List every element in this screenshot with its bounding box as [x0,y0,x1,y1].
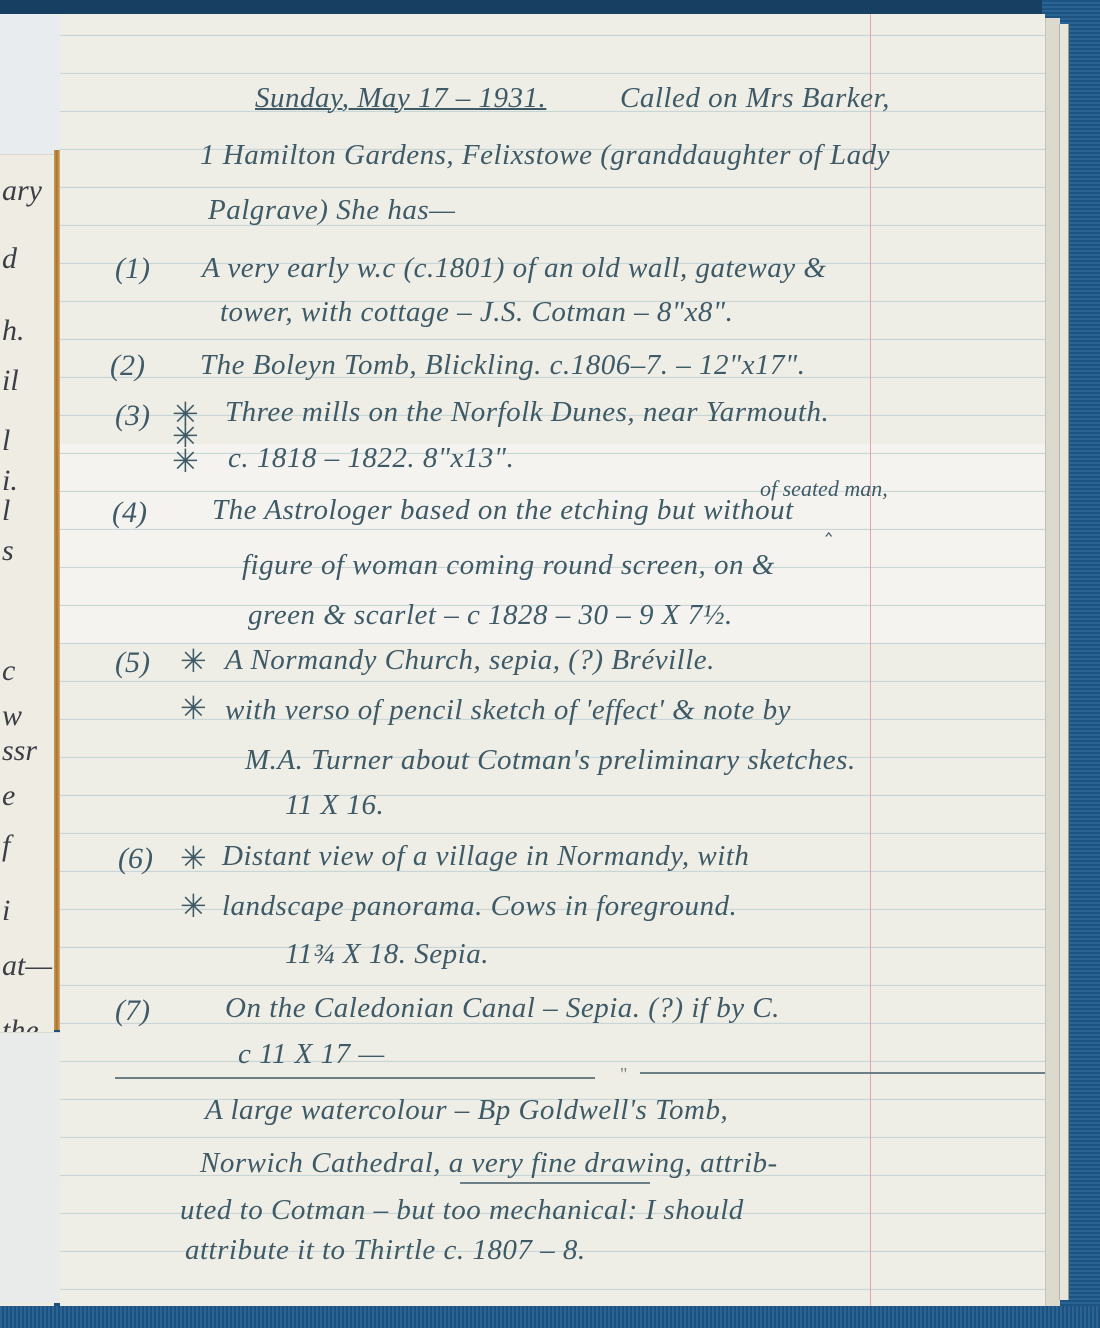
entry-3-line-2: c. 1818 – 1822. 8"x13". [228,442,514,475]
footer-note-line-2: Norwich Cathedral, a very fine drawing, … [200,1147,778,1180]
asterisk-icon: ✳ [180,887,207,925]
entry-number: (3) [115,399,150,433]
left-page-fragment: il [2,364,19,398]
footer-note-line-4: attribute it to Thirtle c. 1807 – 8. [185,1234,586,1267]
page-edges [1045,18,1060,1306]
entry-number: (4) [112,496,147,530]
entry-7-line-2: c 11 X 17 — [238,1038,385,1071]
asterisk-icon: ✳ [180,839,207,877]
left-page-fragment: s [2,534,14,568]
entry-7-line-1: On the Caledonian Canal – Sepia. (?) if … [225,992,780,1025]
entry-number: (2) [110,349,145,383]
entry-6-line-3: 11¾ X 18. Sepia. [285,938,489,971]
section-divider-left [115,1077,595,1079]
entry-date: Sunday, May 17 – 1931. [255,82,546,115]
left-page-fragment: w [2,699,22,733]
book-cover-top [0,0,1100,14]
left-page-fragment: e [2,779,15,813]
entry-2-line-1: The Boleyn Tomb, Blickling. c.1806–7. – … [200,349,805,382]
entry-4-line-2: figure of woman coming round screen, on … [242,549,775,582]
entry-number: (6) [118,842,153,876]
entry-4-line-1: The Astrologer based on the etching but … [212,494,794,527]
footer-note-line-1: A large watercolour – Bp Goldwell's Tomb… [205,1094,728,1127]
left-page-fragment: c [2,654,15,688]
left-page-fragment: f [2,829,10,863]
notebook-page: Sunday, May 17 – 1931. Called on Mrs Bar… [60,14,1045,1306]
left-page-fragment: ssr [2,734,37,768]
header-line-2: 1 Hamilton Gardens, Felixstowe (granddau… [200,139,890,172]
left-page-fragment: l [2,424,10,458]
entry-number: (5) [115,646,150,680]
margin-line [870,14,871,1306]
left-page-fragment: ary [2,174,42,208]
entry-4-line-3: green & scarlet – c 1828 – 30 – 9 X 7½. [248,599,733,632]
entry-number: (7) [115,994,150,1028]
entry-3-line-1: Three mills on the Norfolk Dunes, near Y… [225,396,829,429]
left-page-fragment: h. [2,314,25,348]
entry-5-line-3: M.A. Turner about Cotman's preliminary s… [245,744,856,777]
footer-note-line-3: uted to Cotman – but too mechanical: I s… [180,1194,744,1227]
entry-6-line-1: Distant view of a village in Normandy, w… [222,840,749,873]
entry-1-line-2: tower, with cottage – J.S. Cotman – 8"x8… [220,296,733,329]
left-page-fragment: l [2,494,10,528]
insertion-caret: ‸ [825,512,832,537]
asterisk-icon: ✳ [180,642,207,680]
header-line-1: Called on Mrs Barker, [620,82,890,115]
asterisk-icon: ✳ [180,689,207,727]
page-edges-inner [1059,24,1069,1300]
left-page-fragment: i [2,894,10,928]
left-page-fragment: i. [2,464,18,498]
book-cover-bottom [0,1306,1100,1328]
fine-drawing-underline [460,1182,650,1184]
header-line-3: Palgrave) She has— [208,194,455,227]
entry-1-line-1: A very early w.c (c.1801) of an old wall… [202,252,826,285]
divider-mark: " [620,1064,627,1085]
entry-5-line-4: 11 X 16. [285,789,384,822]
entry-5-line-2: with verso of pencil sketch of 'effect' … [225,694,791,727]
asterisk-icon: ✳ [172,442,199,480]
entry-5-line-1: A Normandy Church, sepia, (?) Bréville. [225,644,715,677]
entry-6-line-2: landscape panorama. Cows in foreground. [222,890,737,923]
left-page-fragment: at— [2,949,52,983]
entry-number: (1) [115,252,150,286]
left-page-fragment: d [2,242,17,276]
section-divider-right [640,1072,1045,1074]
